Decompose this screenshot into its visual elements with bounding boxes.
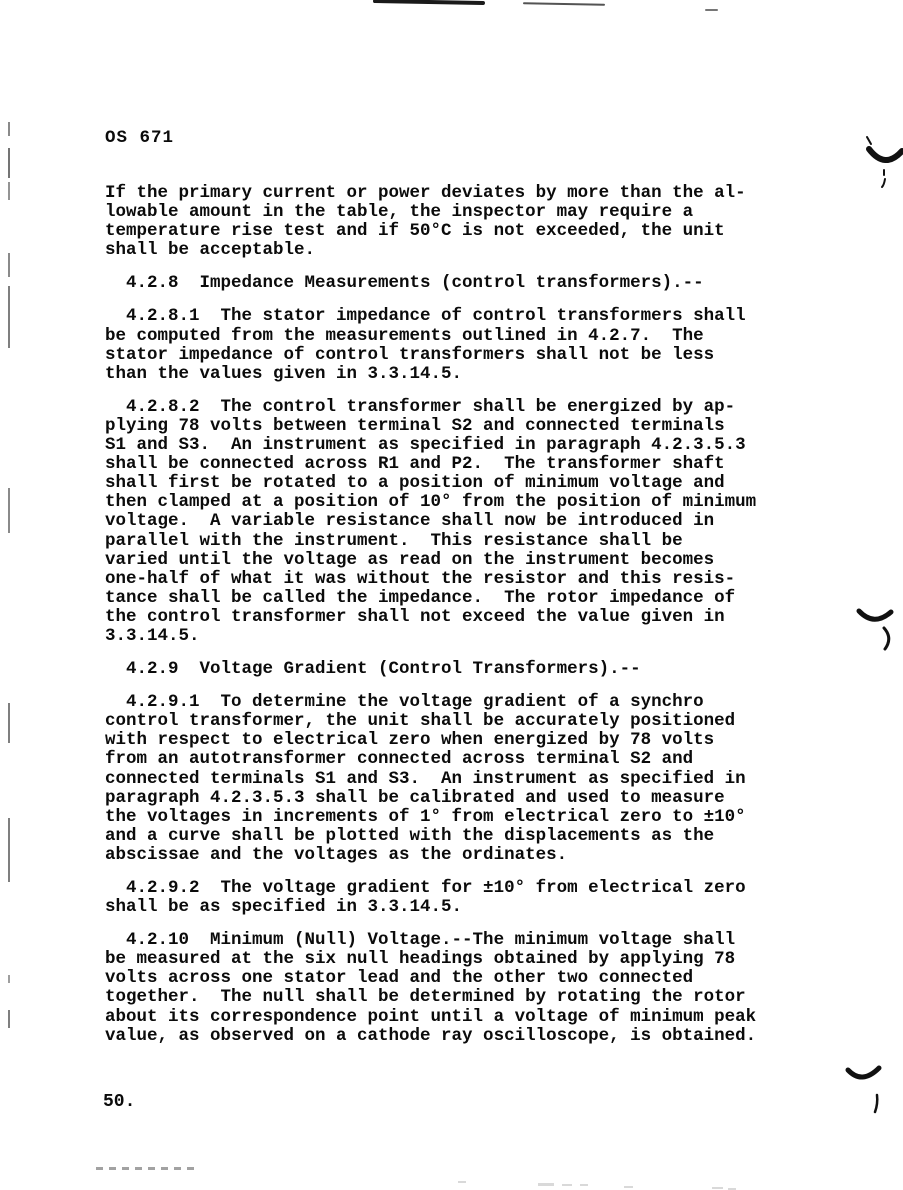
text-line: then clamped at a position of 10° from t… (105, 493, 785, 512)
scan-artifact-top-thin-line (523, 2, 605, 5)
text-line: volts across one stator lead and the oth… (105, 969, 785, 988)
text-line: with respect to electrical zero when ene… (105, 731, 785, 750)
scan-artifact-bottom-faint (712, 1187, 723, 1189)
page-number: 50. (103, 1092, 135, 1112)
paragraph: 4.2.8 Impedance Measurements (control tr… (105, 274, 785, 293)
text-line: shall be acceptable. (105, 241, 785, 260)
scan-artifact-left-dash (8, 148, 10, 178)
text-line: the voltages in increments of 1° from el… (105, 808, 785, 827)
text-line: one-half of what it was without the resi… (105, 570, 785, 589)
text-line: the control transformer shall not exceed… (105, 608, 785, 627)
text-line: and a curve shall be plotted with the di… (105, 827, 785, 846)
text-line: lowable amount in the table, the inspect… (105, 203, 785, 222)
scan-artifact-left-dash (8, 286, 10, 348)
scan-artifact-bottom-faint (538, 1183, 554, 1186)
paragraph: 4.2.10 Minimum (Null) Voltage.--The mini… (105, 931, 785, 1046)
text-line: 4.2.10 Minimum (Null) Voltage.--The mini… (105, 931, 785, 950)
scan-artifact-top-thick-line (373, 0, 485, 5)
scan-artifact-bottom-faint (624, 1186, 633, 1188)
paren-mark-icon (884, 628, 889, 649)
scan-artifact-top-dash (705, 9, 718, 11)
paragraph: If the primary current or power deviates… (105, 184, 785, 260)
text-line: paragraph 4.2.3.5.3 shall be calibrated … (105, 789, 785, 808)
comma-mark-icon (882, 170, 885, 187)
paragraph: 4.2.9 Voltage Gradient (Control Transfor… (105, 660, 785, 679)
text-line: 3.3.14.5. (105, 627, 785, 646)
text-line: varied until the voltage as read on the … (105, 551, 785, 570)
scan-artifact-left-dash (8, 1010, 10, 1028)
swoosh-mark-icon (859, 611, 891, 619)
tick-mark-icon (875, 1095, 877, 1112)
text-line: shall be connected across R1 and P2. The… (105, 455, 785, 474)
text-line: connected terminals S1 and S3. An instru… (105, 770, 785, 789)
text-line: shall be as specified in 3.3.14.5. (105, 898, 785, 917)
text-line: abscissae and the voltages as the ordina… (105, 846, 785, 865)
document-body: If the primary current or power deviates… (105, 184, 785, 1060)
scan-artifact-left-dash (8, 253, 10, 277)
swoosh-mark-icon (869, 149, 902, 160)
text-line: 4.2.8.1 The stator impedance of control … (105, 307, 785, 326)
text-line: tance shall be called the impedance. The… (105, 589, 785, 608)
scan-artifact-left-dash (8, 818, 10, 882)
text-line: be computed from the measurements outlin… (105, 327, 785, 346)
text-line: be measured at the six null headings obt… (105, 950, 785, 969)
tick-mark-icon (867, 137, 871, 144)
scan-artifact-left-dash (8, 703, 10, 743)
text-line: shall first be rotated to a position of … (105, 474, 785, 493)
text-line: than the values given in 3.3.14.5. (105, 365, 785, 384)
text-line: 4.2.9 Voltage Gradient (Control Transfor… (105, 660, 785, 679)
paragraph: 4.2.8.1 The stator impedance of control … (105, 307, 785, 383)
paragraph: 4.2.9.1 To determine the voltage gradien… (105, 693, 785, 865)
text-line: temperature rise test and if 50°C is not… (105, 222, 785, 241)
scan-artifact-left-dash (8, 975, 10, 983)
text-line: from an autotransformer connected across… (105, 750, 785, 769)
text-line: 4.2.8.2 The control transformer shall be… (105, 398, 785, 417)
scan-artifact-bottom-faint (580, 1184, 588, 1186)
scan-artifact-bottom-faint (458, 1181, 466, 1183)
text-line: If the primary current or power deviates… (105, 184, 785, 203)
text-line: 4.2.8 Impedance Measurements (control tr… (105, 274, 785, 293)
scan-artifact-bottom-faint (562, 1184, 572, 1186)
scan-artifact-left-dash (8, 182, 10, 200)
text-line: about its correspondence point until a v… (105, 1008, 785, 1027)
text-line: parallel with the instrument. This resis… (105, 532, 785, 551)
text-line: 4.2.9.2 The voltage gradient for ±10° fr… (105, 879, 785, 898)
text-line: plying 78 volts between terminal S2 and … (105, 417, 785, 436)
swoosh-mark-icon (848, 1068, 879, 1077)
paragraph: 4.2.9.2 The voltage gradient for ±10° fr… (105, 879, 785, 917)
text-line: stator impedance of control transformers… (105, 346, 785, 365)
scan-artifact-left-dash (8, 122, 10, 136)
text-line: together. The null shall be determined b… (105, 988, 785, 1007)
text-line: S1 and S3. An instrument as specified in… (105, 436, 785, 455)
paragraph: 4.2.8.2 The control transformer shall be… (105, 398, 785, 646)
text-line: 4.2.9.1 To determine the voltage gradien… (105, 693, 785, 712)
text-line: control transformer, the unit shall be a… (105, 712, 785, 731)
text-line: value, as observed on a cathode ray osci… (105, 1027, 785, 1046)
document-number: OS 671 (105, 128, 174, 148)
scan-artifact-left-dash (8, 488, 10, 533)
text-line: voltage. A variable resistance shall now… (105, 512, 785, 531)
scan-artifact-bottom-dashes (96, 1167, 196, 1170)
